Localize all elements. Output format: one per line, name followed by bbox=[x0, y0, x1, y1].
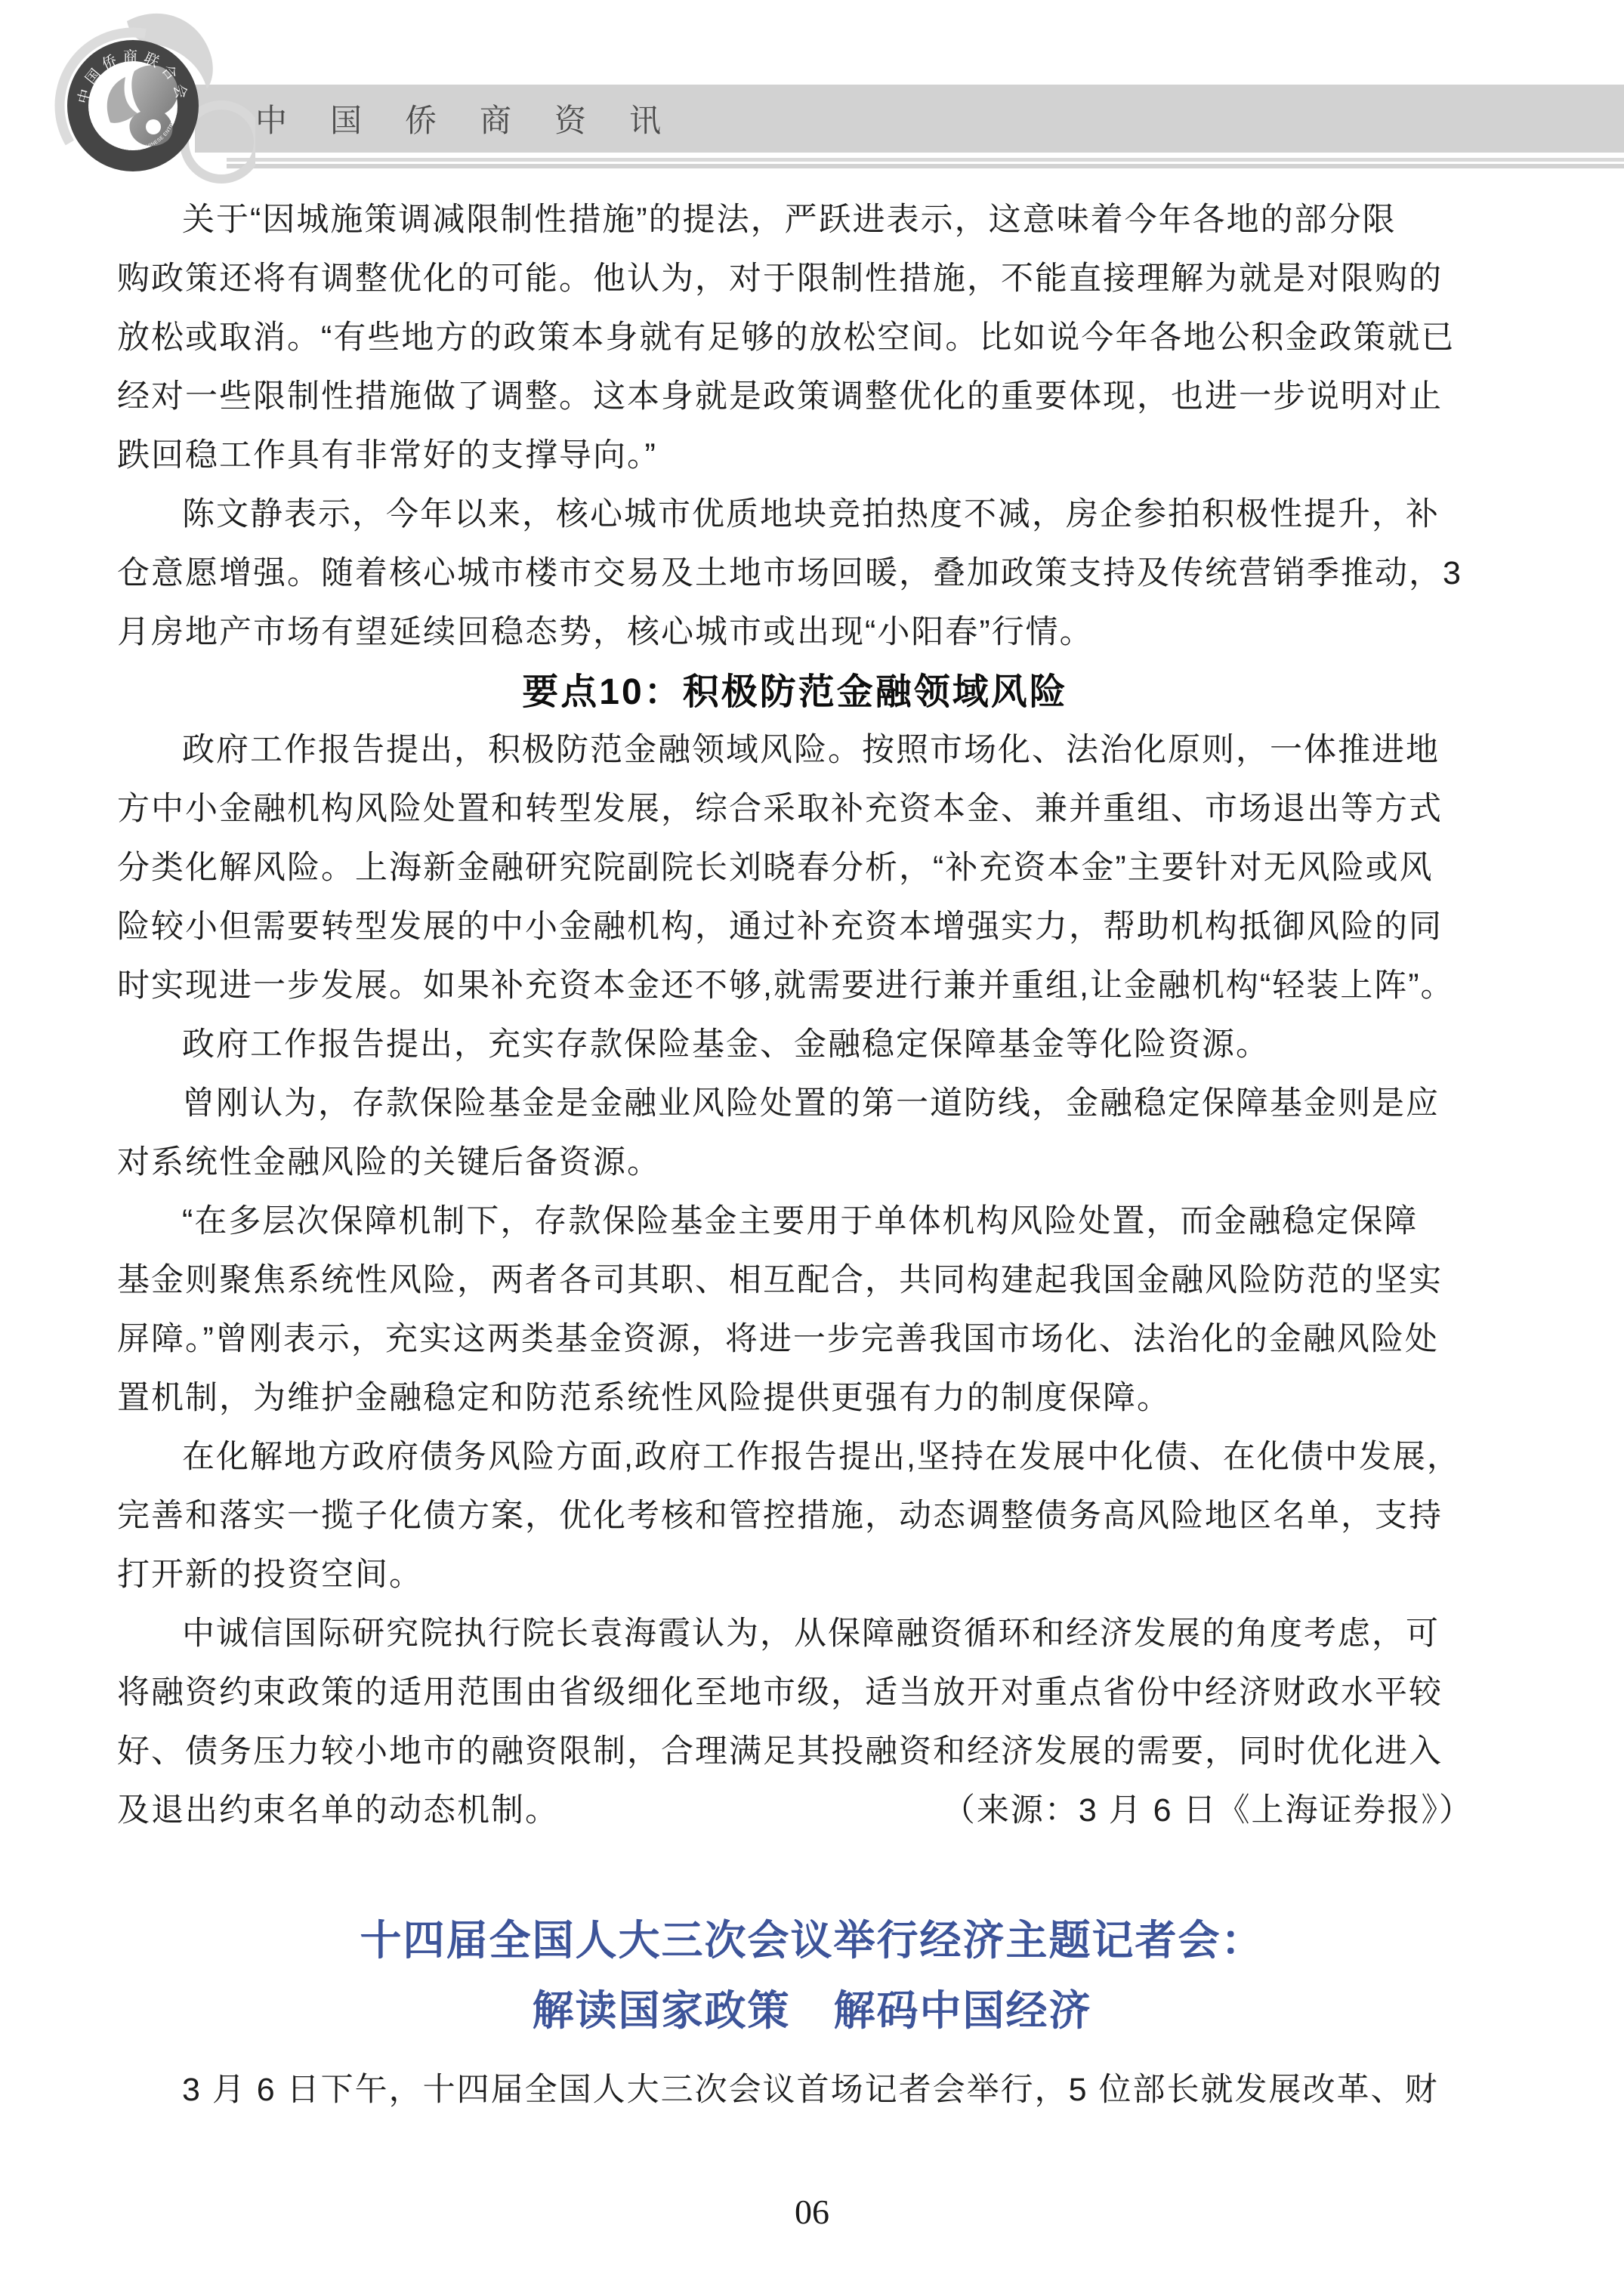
paragraph-line: 对系统性金融风险的关键后备资源。 bbox=[117, 1130, 1473, 1189]
paragraph-line: 月房地产市场有望延续回稳态势，核心城市或出现“小阳春”行情。 bbox=[117, 600, 1473, 659]
magazine-page: 中国侨商资讯 中国侨商联合会 CHINA FEDERATION OF OVERS… bbox=[0, 0, 1624, 2293]
paragraph-line: 在化解地方政府债务风险方面,政府工作报告提出,坚持在发展中化债、在化债中发展， bbox=[117, 1424, 1473, 1483]
article2-title-line1: 十四届全国人大三次会议举行经济主题记者会： bbox=[0, 1902, 1624, 1972]
paragraph-line: 打开新的投资空间。 bbox=[117, 1542, 1473, 1601]
paragraph-line: 好、债务压力较小地市的融资限制，合理满足其投融资和经济发展的需要，同时优化进入 bbox=[117, 1719, 1473, 1778]
paragraph-last-line: 及退出约束名单的动态机制。（来源：3 月 6 日《上海证券报》） bbox=[117, 1778, 1473, 1837]
section-heading: 要点10：积极防范金融领域风险 bbox=[117, 659, 1473, 718]
paragraph-line: 关于“因城施策调减限制性措施”的提法，严跃进表示，这意味着今年各地的部分限 bbox=[117, 187, 1473, 246]
article2-title: 十四届全国人大三次会议举行经济主题记者会： 解读国家政策 解码中国经济 bbox=[0, 1902, 1624, 2042]
paragraph-line: 置机制，为维护金融稳定和防范系统性风险提供更强有力的制度保障。 bbox=[117, 1366, 1473, 1424]
paragraph-line: 政府工作报告提出，充实存款保险基金、金融稳定保障基金等化险资源。 bbox=[117, 1012, 1473, 1071]
paragraph-line: 方中小金融机构风险处置和转型发展，综合采取补充资本金、兼并重组、市场退出等方式 bbox=[117, 776, 1473, 835]
paragraph-line: 放松或取消。“有些地方的政策本身就有足够的放松空间。比如说今年各地公积金政策就已 bbox=[117, 305, 1473, 364]
paragraph-line: 中诚信国际研究院执行院长袁海霞认为，从保障融资循环和经济发展的角度考虑，可 bbox=[117, 1601, 1473, 1660]
paragraph-line: 将融资约束政策的适用范围由省级细化至地市级，适当放开对重点省份中经济财政水平较 bbox=[117, 1660, 1473, 1719]
paragraph-line: 仓意愿增强。随着核心城市楼市交易及土地市场回暖，叠加政策支持及传统营销季推动，3 bbox=[117, 541, 1473, 600]
source-note: （来源：3 月 6 日《上海证券报》） bbox=[943, 1785, 1473, 1831]
paragraph-line: 分类化解风险。上海新金融研究院副院长刘晓春分析，“补充资本金”主要针对无风险或风 bbox=[117, 835, 1473, 894]
paragraph-line: 屏障。”曾刚表示，充实这两类基金资源，将进一步完善我国市场化、法治化的金融风险处 bbox=[117, 1307, 1473, 1366]
brand-title: 中国侨商资讯 bbox=[255, 96, 704, 141]
page-number: 06 bbox=[0, 2192, 1624, 2237]
paragraph-line: 购政策还将有调整优化的可能。他认为，对于限制性措施，不能直接理解为就是对限购的 bbox=[117, 246, 1473, 305]
paragraph-line: 跌回稳工作具有非常好的支撑导向。” bbox=[117, 423, 1473, 482]
org-emblem-logo: 中国侨商联合会 CHINA FEDERATION OF OVERSEAS CHI… bbox=[21, 0, 255, 189]
paragraph-line: “在多层次保障机制下，存款保险基金主要用于单体机构风险处置，而金融稳定保障 bbox=[117, 1189, 1473, 1248]
header-divider-stripe bbox=[227, 158, 1624, 168]
paragraph-line: 曾刚认为，存款保险基金是金融业风险处置的第一道防线，金融稳定保障基金则是应 bbox=[117, 1071, 1473, 1130]
paragraph-line: 及退出约束名单的动态机制。 bbox=[117, 1785, 559, 1831]
header-banner: 中国侨商资讯 bbox=[195, 85, 1624, 153]
article2-title-line2: 解读国家政策 解码中国经济 bbox=[0, 1972, 1624, 2042]
paragraph-line: 3 月 6 日下午，十四届全国人大三次会议首场记者会举行，5 位部长就发展改革、… bbox=[117, 2057, 1473, 2116]
paragraph-line: 经对一些限制性措施做了调整。这本身就是政策调整优化的重要体现，也进一步说明对止 bbox=[117, 364, 1473, 423]
paragraph-line: 完善和落实一揽子化债方案，优化考核和管控措施，动态调整债务高风险地区名单，支持 bbox=[117, 1483, 1473, 1542]
emblem-leaf-hole bbox=[146, 119, 161, 134]
article2-lead: 3 月 6 日下午，十四届全国人大三次会议首场记者会举行，5 位部长就发展改革、… bbox=[117, 2057, 1473, 2116]
paragraph-line: 陈文静表示，今年以来，核心城市优质地块竞拍热度不减，房企参拍积极性提升，补 bbox=[117, 482, 1473, 541]
paragraph-line: 政府工作报告提出，积极防范金融领域风险。按照市场化、法治化原则，一体推进地 bbox=[117, 718, 1473, 776]
paragraph-line: 时实现进一步发展。如果补充资本金还不够,就需要进行兼并重组,让金融机构“轻装上阵… bbox=[117, 953, 1473, 1012]
article-body: 关于“因城施策调减限制性措施”的提法，严跃进表示，这意味着今年各地的部分限购政策… bbox=[117, 187, 1473, 1837]
paragraph-line: 基金则聚焦系统性风险，两者各司其职、相互配合，共同构建起我国金融风险防范的坚实 bbox=[117, 1248, 1473, 1307]
paragraph-line: 险较小但需要转型发展的中小金融机构，通过补充资本增强实力，帮助机构抵御风险的同 bbox=[117, 894, 1473, 953]
